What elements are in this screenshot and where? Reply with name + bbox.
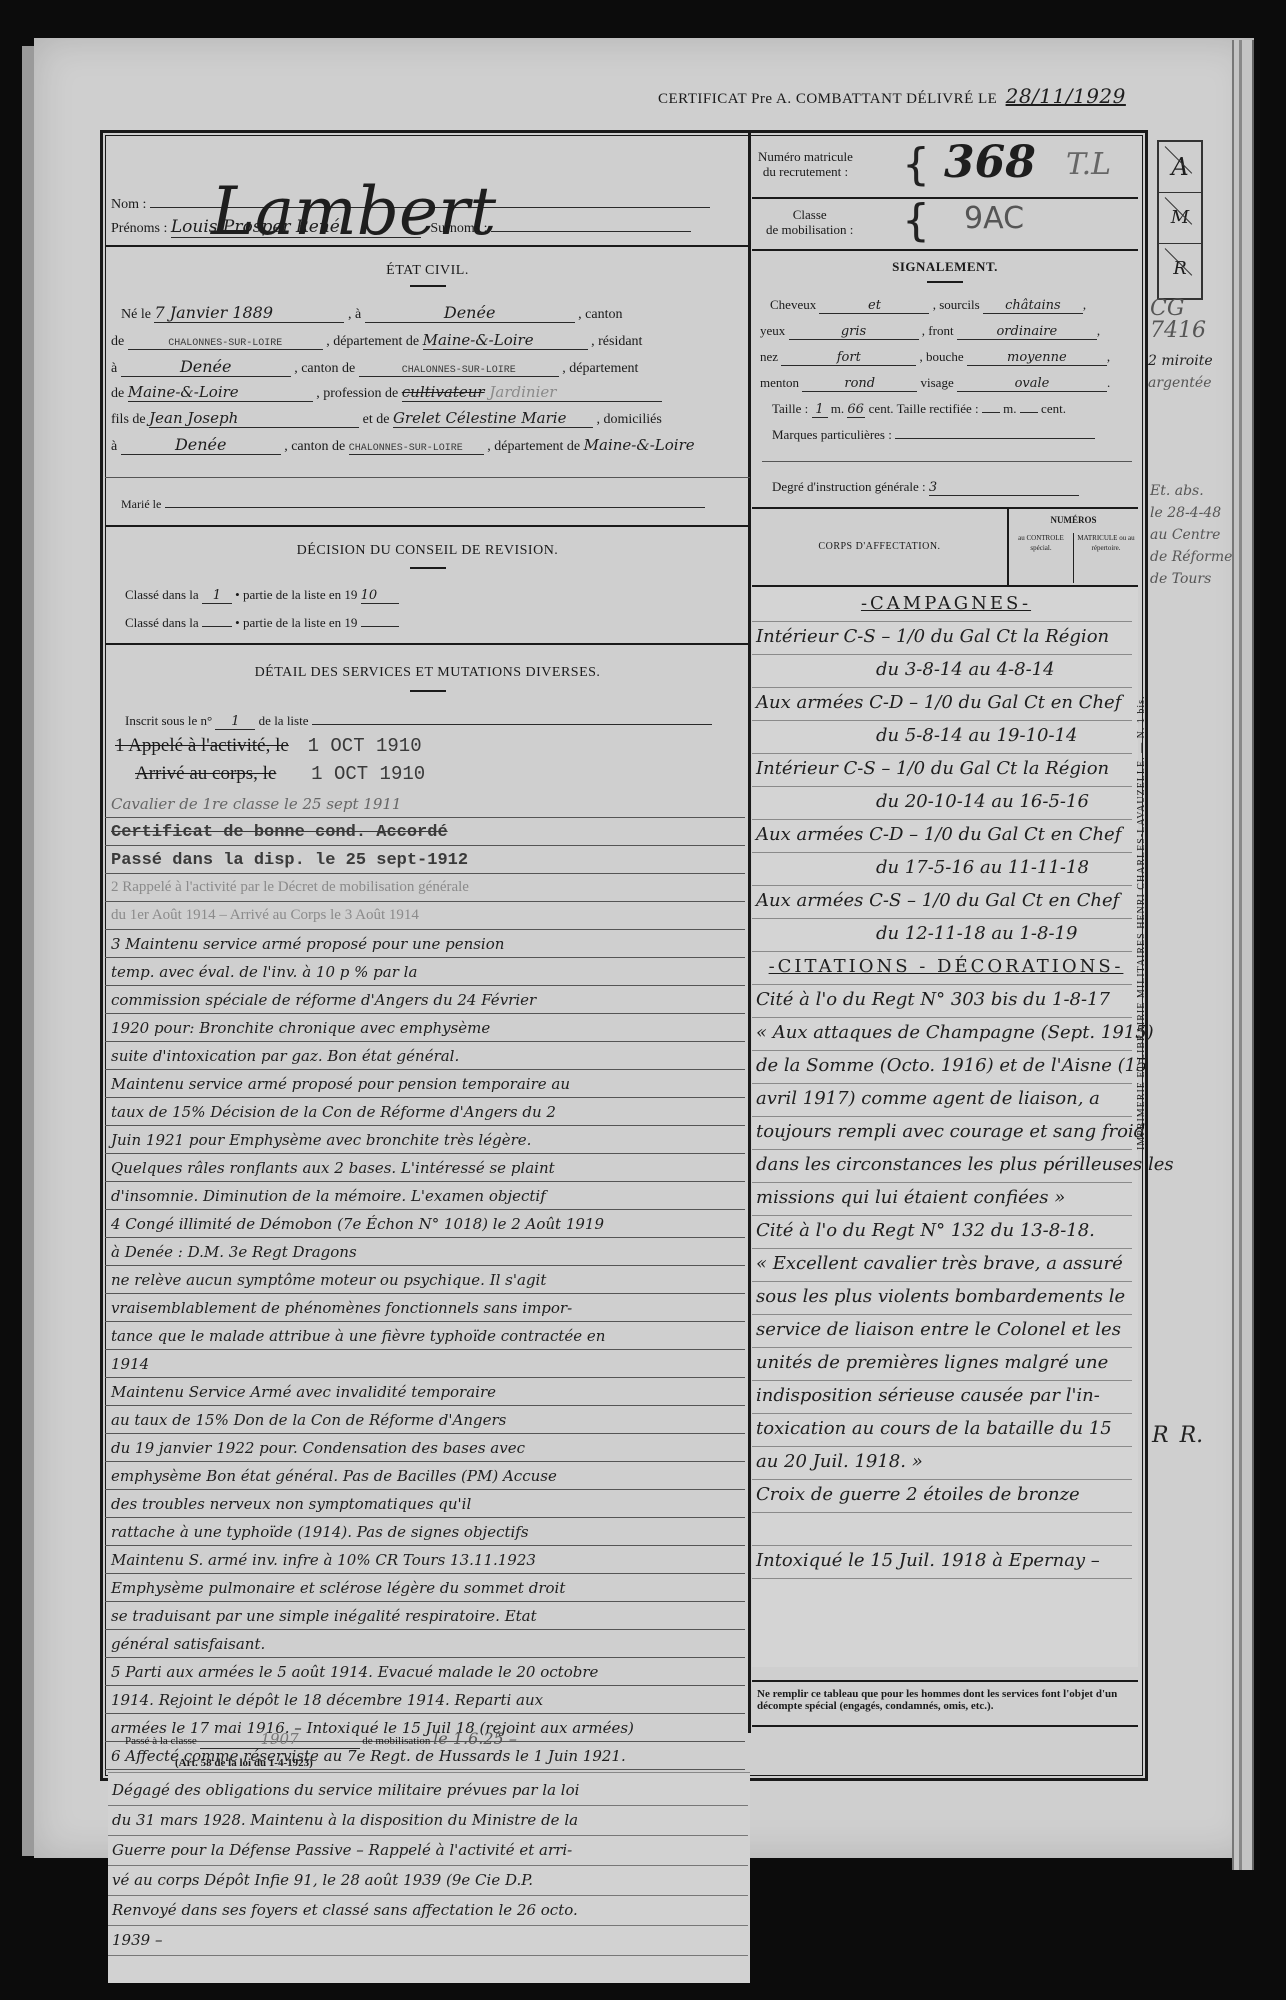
corps-title: CORPS D'AFFECTATION. [752,541,1007,552]
ruled-line [105,1265,745,1266]
menton-row: menton rond visage ovale. [760,375,1110,392]
partie-value: 1 [202,588,232,604]
ruled-line [752,885,1132,886]
canton-parents: CHALONNES-SUR-LOIRE [349,443,484,455]
certificate-line: CERTIFICAT Pre A. COMBATTANT DÉLIVRÉ LE … [658,84,1126,108]
passe-classe-value: 1907 [200,1730,360,1749]
canton-label: , canton de [294,361,355,376]
section-title: -CITATIONS - DÉCORATIONS- [756,956,1136,977]
nom-value: Lambert [211,173,496,250]
record-line: toujours rempli avec courage et sang fro… [756,1121,1136,1142]
m-label: m. [831,401,844,416]
initial: R. [1180,1423,1204,1448]
ruled-line [105,1573,745,1574]
appele-date: 1 OCT 1910 [308,735,422,757]
ruled-line [752,1347,1132,1348]
certificate-date: 28/11/1929 [1006,84,1126,108]
departement-parents: Maine-&-Loire [584,436,695,454]
profession-value: cultivateur Jardinier [402,383,662,402]
pasted-note-line: Dégagé des obligations du service milita… [112,1781,579,1799]
ruled-line [105,901,745,902]
ruled-line [752,1248,1132,1249]
record-line: unités de premières lignes malgré une [756,1352,1136,1373]
record-line: Cité à l'o du Regt N° 303 bis du 1-8-17 [756,989,1136,1010]
ruled-line [105,1013,745,1014]
classe-row-2: Classé dans la • partie de la liste en 1… [125,615,399,631]
ruled-line [105,845,745,846]
rule [105,525,750,527]
ruled-line [105,957,745,958]
domicilies-label: , domiciliés [596,412,661,427]
note-line: au Centre [1150,524,1232,546]
amt-box: A M R [1157,140,1203,300]
service-line: vraisemblablement de phénomènes fonction… [111,1299,751,1317]
etat-civil-title: ÉTAT CIVIL. [105,263,750,279]
taille-rect-cent [1020,412,1038,413]
marques-value [895,438,1095,439]
service-line: rattache à une typhoïde (1914). Pas de s… [111,1523,751,1541]
date-naissance: 7 Janvier 1889 [154,303,344,323]
record-line: Intérieur C-S – 1/0 du Gal Ct la Région [756,626,1136,647]
nez-label: nez [760,349,778,364]
partie-value [202,626,232,627]
passe-classe-label: Passé à la classe [125,1735,197,1747]
services-title: DÉTAIL DES SERVICES ET MUTATIONS DIVERSE… [105,665,750,681]
fils-de-label: fils de [111,412,146,427]
mobilisation-label: de mobilisation [362,1735,430,1747]
ruled-line [752,1215,1132,1216]
m-label: m. [1003,401,1016,416]
service-line: suite d'intoxication par gaz. Bon état g… [111,1047,751,1065]
pasted-note-line: vé au corps Dépôt Infie 91, le 28 août 1… [112,1871,533,1889]
service-line: Emphysème pulmonaire et sclérose légère … [111,1579,751,1597]
title-underline [410,285,446,287]
service-line: 3 Maintenu service armé proposé pour une… [111,935,751,953]
ruled-line [752,1116,1132,1117]
departement-label: , département de [326,334,419,349]
de-label: de [111,386,124,401]
ruled-line [105,1405,745,1406]
classe-label-1: Classe [766,207,853,222]
service-line: des troubles nerveux non symptomatiques … [111,1495,751,1513]
service-line: Certificat de bonne cond. Accordé [111,823,751,842]
record-line: de la Somme (Octo. 1916) et de l'Aisne (… [756,1055,1136,1076]
canton-label: , canton [578,307,622,322]
nez-row: nez fort , bouche moyenne, [760,349,1110,366]
pasted-note-line: du 31 mars 1928. Maintenu à la dispositi… [112,1811,578,1829]
nez-value: fort [781,350,916,366]
ruled-line [108,1835,748,1836]
degre-value: 3 [929,480,1079,496]
classe-label: Classé dans la [125,587,199,602]
ruled-line [105,1181,745,1182]
yeux-label: yeux [760,323,785,338]
ruled-line [105,1489,745,1490]
page-stack-edges [1232,40,1254,1870]
mere: Grelet Célestine Marie [393,409,593,428]
record-line: Intoxiqué le 15 Juil. 1918 à Epernay – [756,1550,1136,1571]
profession-original: cultivateur [402,383,485,401]
profession-label: , profession de [316,386,398,401]
ruled-line [105,1349,745,1350]
rule [752,1725,1138,1727]
ruled-line [105,1685,745,1686]
service-line: Maintenu S. armé inv. infre à 10% CR Tou… [111,1551,751,1569]
ruled-line [108,1955,748,1956]
service-line: d'insomnie. Diminution de la mémoire. L'… [111,1187,751,1205]
numeros-title: NUMÉROS [1009,515,1138,525]
service-line: 2 Rappelé à l'activité par le Décret de … [111,879,751,896]
ruled-line [105,1545,745,1546]
ruled-line [105,985,745,986]
ruled-line [752,687,1132,688]
front-label: , front [922,323,954,338]
ruled-line [105,1461,745,1462]
box-letter-r: R [1159,244,1201,294]
marie-label: Marié le [121,497,161,511]
liste-label: de la liste [259,713,309,728]
ruled-line [752,1545,1132,1546]
sourcils-label: , sourcils [933,297,980,312]
marie-value [165,507,705,508]
profession-added: Jardinier [489,383,556,401]
ruled-line [105,1293,745,1294]
pasted-note-line: 1939 – [112,1931,162,1949]
inscrit-row: Inscrit sous le n° 1 de la liste [125,713,712,730]
annee-value: 10 [361,588,399,604]
record-line: Aux armées C-D – 1/0 du Gal Ct en Chef [756,692,1136,713]
record-line: Aux armées C-S – 1/0 du Gal Ct en Chef [756,890,1136,911]
ruled-line [108,1865,748,1866]
ruled-line [105,929,745,930]
departement-label: , département de [487,439,580,454]
departement-residence: Maine-&-Loire [128,383,313,402]
marques-label: Marques particulières : [772,427,892,442]
pasted-note-line: Renvoyé dans ses foyers et classé sans a… [112,1901,578,1919]
margin-initials: R R. [1152,1425,1203,1447]
rule [752,1680,1138,1682]
de-label: de [111,334,124,349]
visage-value: ovale [957,376,1107,392]
ruled-line [752,654,1132,655]
ruled-line [105,1769,745,1770]
classe-label-2: de mobilisation : [766,222,853,237]
service-line: emphysème Bon état général. Pas de Bacil… [111,1467,751,1485]
conseil-title: DÉCISION DU CONSEIL DE REVISION. [105,543,750,559]
prenoms-value: Louis Prosper René [171,217,421,238]
record-line: Intérieur C-S – 1/0 du Gal Ct la Région [756,758,1136,779]
signalement-title: SIGNALEMENT. [752,259,1138,275]
profession-row: de Maine-&-Loire , profession de cultiva… [111,383,662,402]
ruled-line [105,1657,745,1658]
numeros-header: NUMÉROS au CONTROLE spécial. MATRICULE o… [1009,507,1138,585]
degre-row: Degré d'instruction générale : 3 [772,479,1079,496]
printer-imprint: IMPRIMERIE ET LIBRAIRIE MILITAIRES HENRI… [1136,695,1147,1150]
departement-naissance: Maine-&-Loire [423,331,588,350]
record-line: service de liaison entre le Colonel et l… [756,1319,1136,1340]
cheveux-value: et [819,298,929,314]
ruled-line [105,817,745,818]
matricule-label-2: du recrutement : [758,164,853,179]
ruled-line [105,1433,745,1434]
ruled-line [105,1237,745,1238]
service-line: Passé dans la disp. le 25 sept-1912 [111,851,751,870]
bouche-value: moyenne [967,350,1107,366]
passe-classe-row: Passé à la classe 1907 de mobilisation l… [125,1729,765,1749]
ruled-line [108,1925,748,1926]
menton-value: rond [802,376,917,392]
ruled-line [752,1380,1132,1381]
service-line: taux de 15% Décision de la Con de Réform… [111,1103,751,1121]
note-line: 2 miroite [1148,350,1213,372]
cheveux-row: Cheveux et , sourcils châtains, [770,297,1086,314]
rule [105,643,750,645]
ruled-line [105,1601,745,1602]
ruled-line [752,753,1132,754]
section-title: -CAMPAGNES- [756,593,1136,614]
service-line: général satisfaisant. [111,1635,751,1653]
menton-label: menton [760,375,799,390]
visage-label: visage [921,375,954,390]
record-line: du 5-8-14 au 19-10-14 [756,725,1256,746]
service-line: 1914. Rejoint le dépôt le 18 décembre 19… [111,1691,751,1709]
ruled-line [105,1153,745,1154]
corps-footnote: Ne remplir ce tableau que pour les homme… [757,1688,1137,1712]
cent-label: cent. Taille rectifiée : [869,401,979,416]
service-line: 4 Congé illimité de Démobon (7e Échon N°… [111,1215,751,1233]
margin-note-reforme: Et. abs. le 28-4-48 au Centre de Réforme… [1150,480,1232,590]
ruled-line [752,951,1132,952]
brace-icon: { [902,139,930,190]
domicile-parents: Denée [121,435,281,455]
record-line: au 20 Juil. 1918. » [756,1451,1136,1472]
pasted-slip: Dégagé des obligations du service milita… [108,1772,750,1983]
service-line: Quelques râles ronflants aux 2 bases. L'… [111,1159,751,1177]
service-line: tance que le malade attribue à une fièvr… [111,1327,751,1345]
partie-label: • partie de la liste en 19 [235,587,357,602]
matricule-label-1: Numéro matricule [758,149,853,164]
campagnes-citations: -CAMPAGNES-Intérieur C-S – 1/0 du Gal Ct… [752,587,1138,1667]
ruled-line [105,1041,745,1042]
ruled-line [105,1069,745,1070]
record-line: Croix de guerre 2 étoiles de bronze [756,1484,1136,1505]
note-line: argentée [1148,372,1213,394]
service-line: à Denée : D.M. 3e Regt Dragons [111,1243,751,1261]
ruled-line [752,984,1132,985]
arrive-date: 1 OCT 1910 [311,763,425,785]
canton-naissance: CHALONNES-SUR-LOIRE [128,338,323,350]
inscrit-label: Inscrit sous le n° [125,713,212,728]
ruled-line [105,1377,745,1378]
brace-icon: { [902,195,930,246]
departement-label: , département [562,361,638,376]
domicile-row: à Denée , canton de CHALONNES-SUR-LOIRE … [111,435,695,455]
initial: R [1152,1423,1169,1448]
residence: Denée [121,357,291,377]
ruled-line [105,1629,745,1630]
ruled-line [105,1125,745,1126]
residence-row: à Denée , canton de CHALONNES-SUR-LOIRE … [111,357,638,377]
box-letter-m: M [1159,193,1201,244]
cheveux-label: Cheveux [770,297,816,312]
rule [752,249,1138,251]
record-line: « Excellent cavalier très brave, a assur… [756,1253,1136,1274]
yeux-value: gris [789,324,919,340]
ruled-line [752,1314,1132,1315]
record-line: dans les circonstances les plus périlleu… [756,1154,1136,1175]
pere: Jean Joseph [149,409,359,428]
service-line: commission spéciale de réforme d'Angers … [111,991,751,1009]
record-line: Aux armées C-D – 1/0 du Gal Ct en Chef [756,824,1136,845]
record-line: avril 1917) comme agent de liaison, a [756,1088,1136,1109]
classe-value: 9AC [964,201,1024,236]
service-line: 1920 pour: Bronchite chronique avec emph… [111,1019,751,1037]
column-divider [748,133,751,1733]
a-label: , à [348,307,361,322]
service-line: du 19 janvier 1922 pour. Condensation de… [111,1439,751,1457]
prenoms-row: Prénoms : Louis Prosper René Surnoms : [111,217,691,238]
taille-m-value: 1 [812,402,828,418]
ruled-line [752,1578,1132,1579]
classe-row-1: Classé dans la 1 • partie de la liste en… [125,587,399,604]
note-line: le 28-4-48 [1150,502,1232,524]
arrive-row: Arrivé au corps, le 1 OCT 1910 [135,763,775,785]
nom-row: Nom : Lambert [111,193,741,213]
appele-row: 1 Appelé à l'activité, le 1 OCT 1910 [115,735,755,757]
service-line: Cavalier de 1re classe le 25 sept 1911 [111,795,751,813]
ruled-line [105,1713,745,1714]
ruled-line [752,1413,1132,1414]
ruled-line [752,786,1132,787]
ruled-line [105,1209,745,1210]
ruled-line [752,1149,1132,1150]
marques-row: Marques particulières : [772,427,1095,443]
ruled-line [752,621,1132,622]
ruled-line [752,1017,1132,1018]
service-line: du 1er Août 1914 – Arrivé au Corps le 3 … [111,907,751,924]
record-line: du 12-11-18 au 1-8-19 [756,923,1256,944]
title-underline [410,567,446,569]
residant-label: , résidant [591,334,642,349]
ruled-line [752,819,1132,820]
yeux-row: yeux gris , front ordinaire, [760,323,1100,340]
service-line: au taux de 15% Don de la Con de Réforme … [111,1411,751,1429]
box-letter-a: A [1159,142,1201,193]
controle-col-header: au CONTROLE spécial. [1009,533,1074,583]
record-line: toxication au cours de la bataille du 15 [756,1418,1136,1439]
taille-rect-m [982,412,1000,413]
matricule-value: 368 [944,137,1036,188]
ruled-line [752,1281,1132,1282]
record-line: du 20-10-14 au 16-5-16 [756,791,1256,812]
classe-label: Classe de mobilisation : [766,207,853,237]
ruled-line [752,1050,1132,1051]
surnoms-label: Surnoms : [430,221,487,236]
canton-naissance-row: de CHALONNES-SUR-LOIRE , département de … [111,331,642,350]
appele-label: 1 Appelé à l'activité, le [115,735,289,756]
note-line: Et. abs. [1150,480,1232,502]
taille-cent-value: 66 [847,402,865,418]
title-underline [410,690,446,692]
surnoms-value [491,231,691,232]
note-line: de Réforme [1150,546,1232,568]
ne-le-label: Né le [121,307,151,322]
mobilisation-date: le 1.6.25 – [433,1729,517,1748]
prenoms-label: Prénoms : [111,221,167,236]
margin-note-cg: CG 7416 [1150,298,1206,342]
ruled-line [752,1446,1132,1447]
canton-label: , canton de [284,439,345,454]
ruled-line [105,1321,745,1322]
service-line: Maintenu service armé proposé pour pensi… [111,1075,751,1093]
record-line: missions qui lui étaient confiées » [756,1187,1136,1208]
cent-label: cent. [1041,401,1066,416]
record-line: Cité à l'o du Regt N° 132 du 13-8-18. [756,1220,1136,1241]
ruled-line [752,1479,1132,1480]
service-line: 1914 [111,1355,751,1373]
marie-row: Marié le [121,497,705,513]
ruled-line [108,1895,748,1896]
a-label: à [111,361,117,376]
classe-label: Classé dans la [125,615,199,630]
service-line: Juin 1921 pour Emphysème avec bronchite … [111,1131,751,1149]
service-line: 5 Parti aux armées le 5 août 1914. Evacu… [111,1663,751,1681]
a-label: à [111,439,117,454]
ruled-line [752,1083,1132,1084]
ruled-line [105,873,745,874]
pasted-note-line: Guerre pour la Défense Passive – Rappelé… [112,1841,572,1859]
lieu-naissance: Denée [365,303,575,323]
annee-value [361,626,399,627]
article-ref: (Art. 58 de la loi du 1-4-1923) [175,1757,815,1769]
note-line: de Tours [1150,568,1232,590]
ruled-line [752,1182,1132,1183]
blank-line [105,477,750,478]
taille-label: Taille : [772,401,808,416]
ruled-line [752,720,1132,721]
bouche-label: , bouche [920,349,964,364]
margin-note-miroite: 2 miroite argentée [1148,350,1213,394]
sourcils-value: châtains [983,298,1083,314]
nom-label: Nom : [111,197,146,212]
note-line: 7416 [1150,320,1206,342]
note-line: CG [1150,298,1206,320]
parents-row: fils de Jean Joseph et de Grelet Célesti… [111,409,662,428]
ruled-line [752,852,1132,853]
ruled-line [105,1097,745,1098]
ruled-line [752,918,1132,919]
certificate-label: CERTIFICAT Pre A. COMBATTANT DÉLIVRÉ LE [658,91,997,107]
record-line: indisposition sérieuse causée par l'in- [756,1385,1136,1406]
arrive-label: Arrivé au corps, le [135,763,276,784]
service-line: Maintenu Service Armé avec invalidité te… [111,1383,751,1401]
et-de-label: et de [363,412,390,427]
blank-line [762,461,1132,462]
title-underline [927,281,963,283]
ruled-line [108,1805,748,1806]
corps-header: CORPS D'AFFECTATION. [752,507,1009,585]
naissance-row: Né le 7 Janvier 1889 , à Denée , canton [121,303,622,323]
record-line: du 17-5-16 au 11-11-18 [756,857,1256,878]
matricule-label: Numéro matricule du recrutement : [758,149,853,179]
record-line: « Aux attaques de Champagne (Sept. 1915) [756,1022,1136,1043]
liste-line [312,724,712,725]
degre-label: Degré d'instruction générale : [772,479,926,494]
front-value: ordinaire [957,324,1097,340]
record-line: du 3-8-14 au 4-8-14 [756,659,1256,680]
matricule-annotation: T.L [1066,147,1111,182]
rule [752,197,1138,199]
